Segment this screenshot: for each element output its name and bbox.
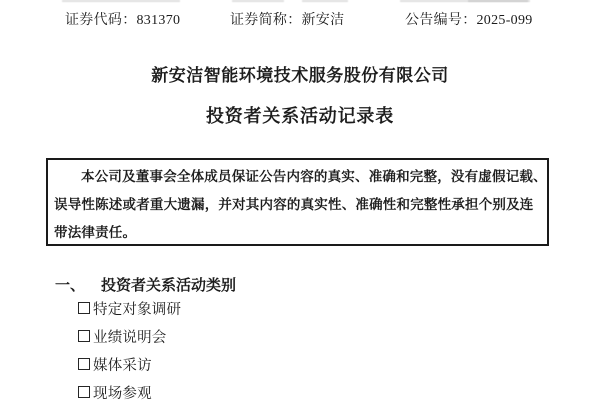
scan-artifact: [468, 0, 530, 2]
option-label: 特定对象调研: [93, 298, 181, 319]
option-row-special-object-research: 特定对象调研: [78, 300, 181, 316]
disclaimer-line: 本公司及董事会全体成员保证公告内容的真实、准确和完整，没有虚假记载、: [54, 163, 541, 191]
option-row-results-briefing: 业绩说明会: [78, 328, 167, 344]
disclaimer-line: 误导性陈述或者重大遗漏，并对其内容的真实性、准确性和完整性承担个别及连: [54, 191, 541, 219]
stock-name-label: 证券简称：: [230, 13, 302, 28]
announcement-number: 公告编号：2025-099: [405, 9, 533, 29]
company-title: 新安洁智能环境技术服务股份有限公司: [0, 61, 600, 86]
document-page: 证券代码：831370 证券简称：新安洁 公告编号：2025-099 新安洁智能…: [0, 0, 600, 400]
stock-name-value: 新安洁: [302, 13, 345, 28]
option-label: 业绩说明会: [93, 326, 167, 347]
option-label: 现场参观: [93, 382, 152, 400]
scan-artifact: [232, 0, 284, 2]
stock-code: 证券代码：831370: [65, 9, 180, 29]
stock-short-name: 证券简称：新安洁: [230, 9, 344, 29]
checkbox-icon: [78, 330, 90, 342]
disclaimer-box: 本公司及董事会全体成员保证公告内容的真实、准确和完整，没有虚假记载、 误导性陈述…: [46, 158, 549, 246]
scan-artifact: [302, 0, 348, 2]
announcement-no-label: 公告编号：: [405, 13, 477, 28]
checkbox-icon: [78, 358, 90, 370]
option-row-site-visit: 现场参观: [78, 384, 152, 400]
option-row-media-interview: 媒体采访: [78, 356, 152, 372]
stock-code-label: 证券代码：: [65, 13, 137, 28]
scan-artifact: [62, 0, 180, 2]
section-heading-text: 投资者关系活动类别: [101, 278, 236, 294]
option-label: 媒体采访: [93, 354, 152, 375]
document-title: 投资者关系活动记录表: [0, 102, 600, 128]
announcement-no-value: 2025-099: [477, 13, 533, 28]
section-one-heading: 一、投资者关系活动类别: [55, 274, 236, 295]
stock-code-value: 831370: [137, 13, 181, 28]
checkbox-icon: [78, 302, 90, 314]
section-number: 一、: [55, 278, 85, 294]
checkbox-icon: [78, 386, 90, 398]
disclaimer-line: 带法律责任。: [54, 219, 541, 247]
